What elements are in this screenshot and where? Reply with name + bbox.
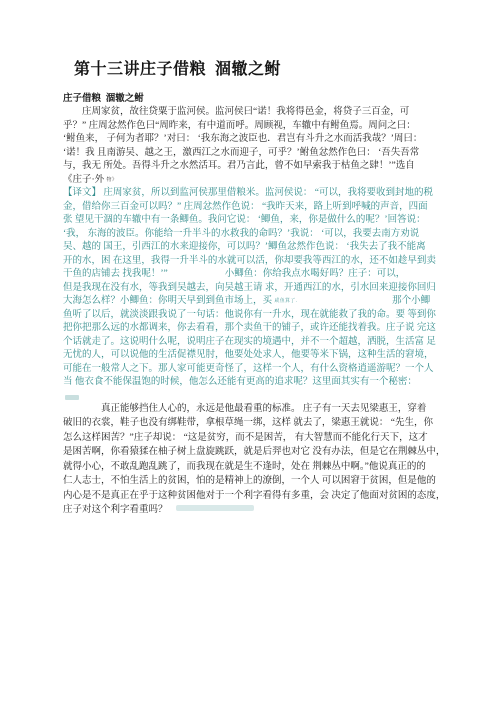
tiny-text: 咸鱼算了. xyxy=(274,299,297,304)
text-line: 可能在一般常人之下。那人家可能更奇怪了，这样一个人，有什么资格逍遥游呢？一个人 xyxy=(63,363,439,377)
text-line: 破旧的衣裳，鞋子也没有绑鞋带，拿根草绳一绑，这样 就去了，梁惠王就说： “先生，… xyxy=(63,416,439,431)
text-line: 大海怎么样？小鲫鱼：你明天早到到鱼市场上，买 咸鱼算了. 那个小鲫 xyxy=(63,295,439,309)
text-line: 干鱼的店铺去 找我呢！’” 小鲫鱼：你给我点水喝好吗？庄子：可以， xyxy=(63,268,439,282)
text-line: 无忧的人，可以说他的生活促襟见肘，他要处处求人，他要等米下锅，这种生活的窘境， xyxy=(63,349,439,363)
text-line: 与，我无 所处。吾得斗升之水然活耳。君乃言此，曾不如早索我于枯鱼之肆！’”选自 xyxy=(63,160,439,174)
text-line: 金，借给你三百金可以吗？” 庄周忿然作色说： “我昨天来，路上听到呼喊的声音，四… xyxy=(63,201,439,215)
faint-text-artifact xyxy=(63,390,439,402)
text-line: 《庄子·外 物》 xyxy=(63,174,439,188)
text-line: 但是我现在没有水，等我到吴越去，向吴越王请 求，开通西江的水，引水回来迎接你回归 xyxy=(63,282,439,296)
text-line: ‘我， 东海的波臣。你能给一升半斗的水救我的命吗？’我说： ‘可以，我要去南方劝… xyxy=(63,228,439,242)
text-line: 吴、越的 国王，引西江的水来迎接你，可以吗？’鲫鱼忿然作色说： ‘我失去了我不能… xyxy=(63,241,439,255)
tiny-text: 物》 xyxy=(107,178,118,183)
text-span: 《庄子·外 xyxy=(63,175,107,185)
text-line: 仁人志士，不怕生活上的贫困，怕的是精神上的潦倒，一个人 可以困窘于贫困，但是他的 xyxy=(63,474,439,489)
text-span: 庄子对这个利字看重吗？ xyxy=(63,505,168,515)
text-line: 怎么这样困苦？”庄子却说： “这是贫穷，而不是困苦， 有大智慧而不能化行天下，这… xyxy=(63,431,439,446)
text-line: 鱼听了以后，就淡淡跟我说了一句话：他说你有一升水，现在就能救了我的命。要 等到你 xyxy=(63,309,439,323)
text-line: 庄子对这个利字看重吗？ xyxy=(63,503,439,518)
text-span: 那个小鲫 xyxy=(392,296,430,306)
text-line: 【译文】 庄周家贫，所以到监河侯那里借粮米。监河侯说： “可以，我将要收到封地的… xyxy=(63,187,439,201)
text-line: 内心是不是真正在乎于这种贫困他对于一个利字看得有多重，会 决定了他面对贫困的态度… xyxy=(63,489,439,504)
text-line: 张 望见干涸的车辙中有一条鲫鱼。我问它说： ‘鲫鱼，来，你是做什么的呢？’回答说… xyxy=(63,214,439,228)
text-line: 庄周家贫，故往贷粟于监河侯。监河侯曰“诺！我将得邑金，将贷子三百金，可 xyxy=(63,106,439,120)
text-line: 乎？” 庄周忿然作色曰“周昨来，有中道而呼。周顾视，车辙中有鲋鱼焉。周问之曰： xyxy=(63,120,439,134)
text-line: 当 他衣食不能保温饱的时候，他怎么还能有更高的追求呢？这里面其实有一个秘密： xyxy=(63,376,439,390)
text-line: 个话就走了。这说明什么呢，说明庄子在现实的境遇中，并不一个超越，洒脱，生活富 足 xyxy=(63,336,439,350)
text-line: 把你把那么远的水都调来，你去看看，那个卖鱼干的铺子，或许还能找着我。庄子说 完这 xyxy=(63,322,439,336)
text-line: 是困苦啊，你看猿猱在柚子树上盘旋跳跃，就是后羿也对它 没有办法，但是它在荆棘丛中… xyxy=(63,445,439,460)
commentary-paragraph: 真正能够挡住人心的，永远是他最看重的标准。 庄子有一天去见梁惠王，穿着破旧的衣裳… xyxy=(63,402,439,518)
text-line: 开的水，困 在这里，我得一升半斗的水就可以活，你却要我等西江的水，还不如趁早到卖 xyxy=(63,255,439,269)
original-text-paragraph: 庄周家贫，故往贷粟于监河侯。监河侯曰“诺！我将得邑金，将贷子三百金，可乎？” 庄… xyxy=(63,106,439,187)
smudge-text xyxy=(176,505,254,511)
text-span xyxy=(297,296,392,306)
page-title: 第十三讲庄子借粮 涸辙之鲋 xyxy=(63,60,439,79)
text-line: 就得小心，不敢乱跑乱跳了，而我现在就是生不逢时，处在 荆棘丛中啊。”他说真正的的 xyxy=(63,460,439,475)
document-page: 第十三讲庄子借粮 涸辙之鲋 庄子借粮 涸辙之鲋 庄周家贫，故往贷粟于监河侯。监河… xyxy=(0,0,500,707)
doc-subtitle: 庄子借粮 涸辙之鲋 xyxy=(63,92,439,106)
text-span: 大海怎么样？小鲫鱼：你明天早到到鱼市场上，买 xyxy=(63,296,274,306)
text-line: 真正能够挡住人心的，永远是他最看重的标准。 庄子有一天去见梁惠王，穿着 xyxy=(63,402,439,417)
faint-mark xyxy=(65,395,79,400)
text-line: ‘鲋鱼来， 子何为者耶？’对曰： ‘我东海之波臣也．君岂有斗升之水而活我哉？’周… xyxy=(63,133,439,147)
text-line: ‘诺！我 且南游吴、越之王，激西江之水而迎子，可乎？’鲋鱼忿然作色曰： ‘吾失吾… xyxy=(63,147,439,161)
translation-paragraph: 【译文】 庄周家贫，所以到监河侯那里借粮米。监河侯说： “可以，我将要收到封地的… xyxy=(63,187,439,390)
